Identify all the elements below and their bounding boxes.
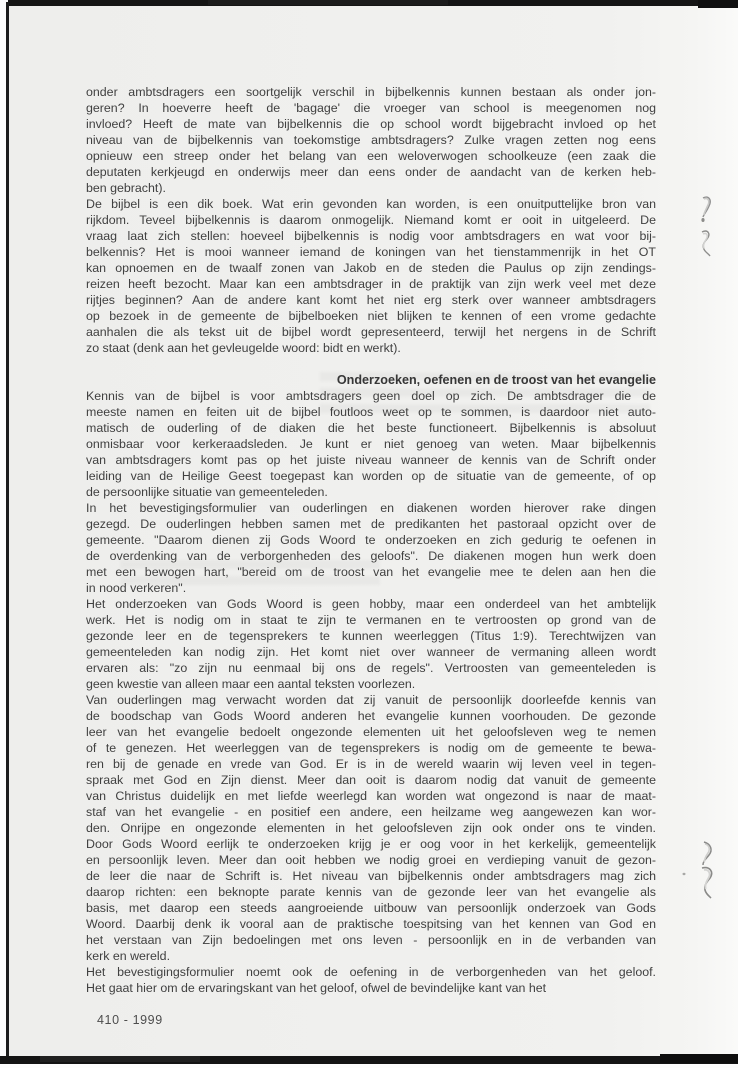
text-line: Het bevestigingsformulier noemt ook de o…: [86, 964, 656, 980]
text-line: ervaren als: "zo zijn nu eenmaal bij ons…: [86, 660, 656, 676]
paragraph: In het bevestigingsformulier van ouderli…: [86, 500, 656, 596]
text-line: rijkdom. Teveel bijbelkennis is daarom o…: [86, 212, 656, 228]
text-line: opnieuw een streep onder het belang van …: [86, 148, 656, 164]
scan-left-edge: [6, 2, 9, 1060]
paragraph: De bijbel is een dik boek. Wat erin gevo…: [86, 196, 656, 356]
text-line: van Christus duidelijk en met liefde wee…: [86, 788, 656, 804]
text-line: De bijbel is een dik boek. Wat erin gevo…: [86, 196, 656, 212]
text-line: en persoonlijk leven. Meer dan ooit hebb…: [86, 852, 656, 868]
text-line: of te genezen. Het weerleggen van de teg…: [86, 740, 656, 756]
text-line: Van ouderlingen mag verwacht worden dat …: [86, 692, 656, 708]
text-line: Door Gods Woord eerlijk te onderzoeken k…: [86, 836, 656, 852]
scan-edge-notch: [40, 1056, 200, 1062]
page-footer: 410 - 1999: [97, 1013, 163, 1027]
scan-edge-notch: [698, 0, 738, 8]
text-line: geren? In hoeverre heeft de 'bagage' die…: [86, 100, 656, 116]
text-line: rijtjes beginnen? Aan de andere kant kom…: [86, 292, 656, 308]
text-line: werk. Het is nodig om in staat te zijn t…: [86, 612, 656, 628]
text-line: Het gaat hier om de ervaringskant van he…: [86, 980, 656, 996]
text-line: In het bevestigingsformulier van ouderli…: [86, 500, 656, 516]
text-line: gezegd. De ouderlingen hebben samen met …: [86, 516, 656, 532]
text-line: het verstaan van Zijn bedoelingen met on…: [86, 932, 656, 948]
paragraph: Het bevestigingsformulier noemt ook de o…: [86, 964, 656, 996]
text-line: zo staat (denk aan het gevleugelde woord…: [86, 340, 656, 356]
text-line: geen kwestie van alleen maar een aantal …: [86, 676, 656, 692]
text-line: kan opnoemen en de twaalf zonen van Jako…: [86, 260, 656, 276]
text-line: spraak met God en Zijn dienst. Meer dan …: [86, 772, 656, 788]
text-line: niveau van de bijbelkennis van toekomsti…: [86, 132, 656, 148]
text-line: de boodschap van Gods Woord anderen het …: [86, 708, 656, 724]
text-line: deputaten kerkjeugd en onderwijs meer da…: [86, 164, 656, 180]
scan-top-edge: [8, 0, 738, 6]
text-line: ren bij de genade en vrede van God. Er i…: [86, 756, 656, 772]
text-line: Woord. Daarbij denk ik vooral aan de pra…: [86, 916, 656, 932]
text-line: kerk en wereld.: [86, 948, 656, 964]
text-line: invloed? Heeft de mate van bijbelkennis …: [86, 116, 656, 132]
text-line: op bezoek in de gemeente de bijbelboeken…: [86, 308, 656, 324]
scan-edge-notch: [660, 1054, 738, 1063]
text-line: reizen heeft bezocht. Maar kan een ambts…: [86, 276, 656, 292]
text-line: aanhalen die als tekst uit de bijbel wor…: [86, 324, 656, 340]
text-line: gezonde leer en de tegensprekers te kunn…: [86, 628, 656, 644]
scan-bottom-edge: [0, 1056, 738, 1064]
text-line: vraag laat zich stellen: hoeveel bijbelk…: [86, 228, 656, 244]
text-line: staf van het evangelie - en positief een…: [86, 804, 656, 820]
paragraph: Van ouderlingen mag verwacht worden dat …: [86, 692, 656, 964]
text-line: ben gebracht).: [86, 180, 656, 196]
text-line: met een bewogen hart, "bereid om de troo…: [86, 564, 656, 580]
text-line: de overdenking van de verborgenheden des…: [86, 548, 656, 564]
text-line: in nood verkeren".: [86, 580, 656, 596]
section-heading: Onderzoeken, oefenen en de troost van he…: [86, 372, 656, 388]
text-line: de leer die naar de Schrift is. Het nive…: [86, 868, 656, 884]
paragraph: Kennis van de bijbel is voor ambtsdrager…: [86, 388, 656, 500]
text-line: gemeenteleden kan nodig zijn. Het komt n…: [86, 644, 656, 660]
scan-artifact-top: [690, 194, 716, 262]
scan-artifact-bottom: [680, 840, 716, 908]
paragraph: Het onderzoeken van Gods Woord is geen h…: [86, 596, 656, 692]
text-line: daarop richten: een beknopte parate kenn…: [86, 884, 656, 900]
text-line: gemeente. "Daarom dienen zij Gods Woord …: [86, 532, 656, 548]
text-line: onmisbaar voor kerkeraadsleden. Je kunt …: [86, 436, 656, 452]
scan-edge-notch: [208, 0, 448, 5]
text-line: den. Onrijpe en ongezonde elementen in h…: [86, 820, 656, 836]
text-line: van ambtsdragers komt pas op het juiste …: [86, 452, 656, 468]
text-line: basis, met daarop een steeds aangroeiend…: [86, 900, 656, 916]
scanned-page: onder ambtsdragers een soortgelijk versc…: [0, 0, 738, 1068]
text-line: Het onderzoeken van Gods Woord is geen h…: [86, 596, 656, 612]
text-line: matisch de ouderling of de diaken die he…: [86, 420, 656, 436]
text-line: leer van het evangelie bedoelt ongezonde…: [86, 724, 656, 740]
text-line: de persoonlijke situatie van gemeenteled…: [86, 484, 656, 500]
text-line: onder ambtsdragers een soortgelijk versc…: [86, 84, 656, 100]
text-line: leiding van de Heilige Geest toegepast k…: [86, 468, 656, 484]
article-text: onder ambtsdragers een soortgelijk versc…: [86, 84, 656, 996]
paragraph: onder ambtsdragers een soortgelijk versc…: [86, 84, 656, 196]
text-line: meeste namen en feiten uit de bijbel fou…: [86, 404, 656, 420]
text-line: Kennis van de bijbel is voor ambtsdrager…: [86, 388, 656, 404]
text-line: belkennis? Het is mooi wanneer iemand de…: [86, 244, 656, 260]
